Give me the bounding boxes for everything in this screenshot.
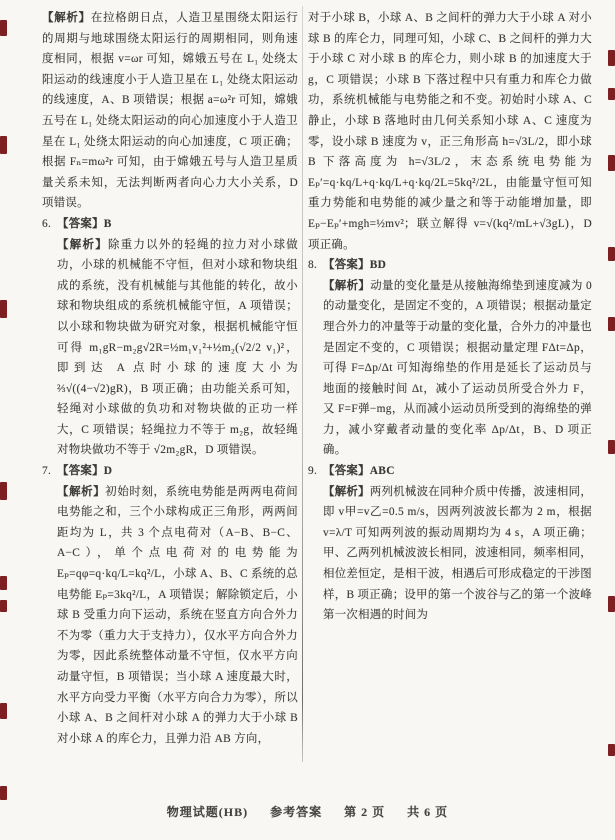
question-number: 8.	[308, 255, 323, 276]
answer-label: 【答案】	[323, 465, 370, 477]
answer-line-q7: 7.【答案】D	[42, 461, 298, 482]
solution-text: 除重力以外的轻绳的拉力对小球做功，小球的机械能不守恒，但对小球和物块组成的系统，…	[57, 239, 298, 457]
footer-page-total: 共 6 页	[407, 803, 448, 820]
footer-exam-title: 物理试题(HB)	[167, 803, 248, 820]
question-8-item: 8.【答案】BD 【解析】动量的变化量是从接触海绵垫到速度减为 0 的动量变化，…	[308, 255, 592, 461]
question-6-item: 6.【答案】B 【解析】除重力以外的轻绳的拉力对小球做功，小球的机械能不守恒，但…	[42, 214, 298, 461]
scan-artifact-mark	[0, 136, 7, 154]
solution-paragraph-q8: 【解析】动量的变化量是从接触海绵垫到速度减为 0 的动量变化，是固定不变的，A …	[323, 276, 592, 461]
solution-label: 【解析】	[57, 239, 108, 251]
solution-text: 初始时刻，系统电势能是两两电荷间电势能之和，三个小球构成正三角形，两两间距均为 …	[57, 486, 298, 745]
scan-artifact-mark	[608, 247, 615, 261]
solution-text: 对于小球 B，小球 A、B 之间杆的弹力大于小球 A 对小球 B 的库仑力，同理…	[308, 12, 592, 251]
answer-value: D	[104, 465, 113, 477]
solution-text: 两列机械波在同种介质中传播，波速相同，即 v甲=v乙=0.5 m/s，因两列波波…	[323, 486, 592, 622]
solution-paragraph-q6: 【解析】除重力以外的轻绳的拉力对小球做功，小球的机械能不守恒，但对小球和物块组成…	[57, 235, 298, 462]
right-column: 对于小球 B，小球 A、B 之间杆的弹力大于小球 A 对小球 B 的库仑力，同理…	[308, 8, 592, 626]
solution-paragraph-q7-continuation: 对于小球 B，小球 A、B 之间杆的弹力大于小球 A 对小球 B 的库仑力，同理…	[308, 8, 592, 255]
answer-value: B	[104, 218, 112, 230]
question-number: 6.	[42, 214, 57, 235]
answer-value: BD	[370, 259, 386, 271]
scan-artifact-mark	[0, 20, 7, 36]
scan-artifact-mark	[608, 50, 615, 66]
scan-artifact-mark	[0, 482, 7, 500]
solution-paragraph-q5: 【解析】在拉格朗日点，人造卫星围绕太阳运行的周期与地球围绕太阳运行的周期相同，则…	[42, 8, 298, 214]
footer-section: 参考答案	[270, 803, 322, 820]
scan-artifact-mark	[608, 440, 615, 454]
question-number: 7.	[42, 461, 57, 482]
page-footer: 物理试题(HB) 参考答案 第 2 页 共 6 页	[0, 803, 615, 820]
footer-page-number: 第 2 页	[344, 803, 385, 820]
answer-line-q6: 6.【答案】B	[42, 214, 298, 235]
solution-label: 【解析】	[323, 280, 370, 292]
answer-label: 【答案】	[57, 465, 104, 477]
scan-artifact-mark	[0, 576, 7, 590]
scan-artifact-mark	[608, 317, 615, 331]
scanned-answer-page: 【解析】在拉格朗日点，人造卫星围绕太阳运行的周期与地球围绕太阳运行的周期相同，则…	[0, 0, 615, 840]
solution-label: 【解析】	[42, 12, 91, 24]
column-divider-line	[302, 6, 303, 762]
question-9-item: 9.【答案】ABC 【解析】两列机械波在同种介质中传播，波速相同，即 v甲=v乙…	[308, 461, 592, 626]
answer-label: 【答案】	[57, 218, 104, 230]
solution-text: 在拉格朗日点，人造卫星围绕太阳运行的周期与地球围绕太阳运行的周期相同，则角速度相…	[42, 12, 298, 209]
question-7-item: 7.【答案】D 【解析】初始时刻，系统电势能是两两电荷间电势能之和，三个小球构成…	[42, 461, 298, 749]
scan-artifact-mark	[0, 600, 7, 612]
answer-label: 【答案】	[323, 259, 370, 271]
scan-artifact-mark	[608, 88, 615, 100]
scan-artifact-mark	[608, 155, 615, 171]
solution-label: 【解析】	[323, 486, 370, 498]
scan-artifact-mark	[608, 596, 615, 612]
left-column: 【解析】在拉格朗日点，人造卫星围绕太阳运行的周期与地球围绕太阳运行的周期相同，则…	[42, 8, 298, 749]
answer-value: ABC	[370, 465, 395, 477]
scan-artifact-mark	[0, 703, 7, 719]
scan-artifact-mark	[608, 744, 615, 756]
scan-artifact-mark	[0, 786, 7, 800]
answer-line-q8: 8.【答案】BD	[308, 255, 592, 276]
scan-artifact-mark	[0, 300, 7, 318]
question-number: 9.	[308, 461, 323, 482]
solution-text: 动量的变化量是从接触海绵垫到速度减为 0 的动量变化，是固定不变的，A 项错误；…	[323, 280, 592, 457]
solution-label: 【解析】	[57, 486, 105, 498]
solution-paragraph-q7: 【解析】初始时刻，系统电势能是两两电荷间电势能之和，三个小球构成正三角形，两两间…	[57, 482, 298, 750]
answer-line-q9: 9.【答案】ABC	[308, 461, 592, 482]
solution-paragraph-q9: 【解析】两列机械波在同种介质中传播，波速相同，即 v甲=v乙=0.5 m/s，因…	[323, 482, 592, 626]
